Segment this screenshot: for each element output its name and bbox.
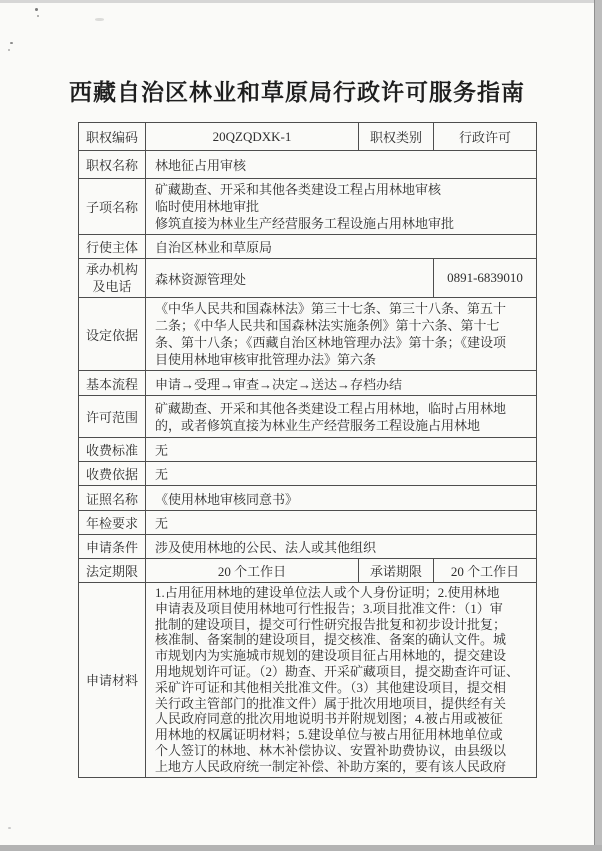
field-label-authority-name: 职权名称 <box>79 151 146 179</box>
field-value-permit-scope: 矿藏勘查、开采和其他各类建设工程占用林地，临时占用林地 的，或者修筑直接为林业生… <box>146 396 537 438</box>
field-label-legal-basis: 设定依据 <box>79 298 146 371</box>
scan-speck <box>95 18 104 21</box>
field-label-statutory-time-limit: 法定期限 <box>79 559 146 583</box>
field-label-sub-items: 子项名称 <box>79 179 146 235</box>
row-time-limits: 法定期限 20 个工作日 承诺期限 20 个工作日 <box>79 559 537 583</box>
field-label-annual-inspection: 年检要求 <box>79 511 146 535</box>
field-label-authority-code: 职权编码 <box>79 123 146 151</box>
row-annual-inspection: 年检要求 无 <box>79 511 537 535</box>
row-application-materials: 申请材料 1.占用征用林地的建设单位法人或个人身份证明；2.使用林地 申请表及项… <box>79 583 537 778</box>
field-value-sub-items: 矿藏勘查、开采和其他各类建设工程占用林地审核 临时使用林地审批 修筑直接为林业生… <box>146 179 537 235</box>
field-value-basic-process: 申请→受理→审查→决定→送达→存档办结 <box>146 371 537 396</box>
field-label-fee-basis: 收费依据 <box>79 462 146 486</box>
field-value-fee-standard: 无 <box>146 438 537 462</box>
field-value-certificate-name: 《使用林地审核同意书》 <box>146 486 537 511</box>
scan-edge-bottom <box>0 845 602 851</box>
field-value-promised-time-limit: 20 个工作日 <box>434 559 537 583</box>
row-basic-process: 基本流程 申请→受理→审查→决定→送达→存档办结 <box>79 371 537 396</box>
scan-speck <box>37 15 39 17</box>
row-application-conditions: 申请条件 涉及使用林地的公民、法人或其他组织 <box>79 535 537 559</box>
service-guide-table: 职权编码 20QZQDXK-1 职权类别 行政许可 职权名称 林地征占用审核 子… <box>78 122 537 778</box>
field-label-exercising-body: 行使主体 <box>79 235 146 259</box>
scan-speck <box>35 8 38 11</box>
row-exercising-body: 行使主体 自治区林业和草原局 <box>79 235 537 259</box>
scan-speck <box>8 827 11 829</box>
row-legal-basis: 设定依据 《中华人民共和国森林法》第三十七条、第三十八条、第五十 二条；《中华人… <box>79 298 537 371</box>
scan-edge-right <box>594 0 602 851</box>
field-label-authority-type: 职权类别 <box>359 123 434 151</box>
field-label-application-conditions: 申请条件 <box>79 535 146 559</box>
field-value-exercising-body: 自治区林业和草原局 <box>146 235 537 259</box>
field-value-fee-basis: 无 <box>146 462 537 486</box>
scan-edge-top <box>0 0 602 3</box>
field-label-permit-scope: 许可范围 <box>79 396 146 438</box>
row-authority-name: 职权名称 林地征占用审核 <box>79 151 537 179</box>
field-value-authority-code: 20QZQDXK-1 <box>146 123 359 151</box>
document-title: 西藏自治区林业和草原局行政许可服务指南 <box>0 74 594 107</box>
field-value-application-materials: 1.占用征用林地的建设单位法人或个人身份证明；2.使用林地 申请表及项目使用林地… <box>146 583 537 778</box>
row-fee-standard: 收费标准 无 <box>79 438 537 462</box>
scan-speck <box>10 42 13 44</box>
field-label-application-materials: 申请材料 <box>79 583 146 778</box>
field-value-authority-name: 林地征占用审核 <box>146 151 537 179</box>
row-certificate-name: 证照名称 《使用林地审核同意书》 <box>79 486 537 511</box>
field-value-application-conditions: 涉及使用林地的公民、法人或其他组织 <box>146 535 537 559</box>
row-handling-agency: 承办机构 及电话 森林资源管理处 0891-6839010 <box>79 259 537 298</box>
row-fee-basis: 收费依据 无 <box>79 462 537 486</box>
scan-speck <box>8 49 10 51</box>
scanned-document-page: 西藏自治区林业和草原局行政许可服务指南 职权编码 20QZQDXK-1 职权类别… <box>0 0 602 851</box>
row-sub-items: 子项名称 矿藏勘查、开采和其他各类建设工程占用林地审核 临时使用林地审批 修筑直… <box>79 179 537 235</box>
row-permit-scope: 许可范围 矿藏勘查、开采和其他各类建设工程占用林地，临时占用林地 的，或者修筑直… <box>79 396 537 438</box>
field-value-handling-agency: 森林资源管理处 <box>146 259 434 298</box>
field-label-basic-process: 基本流程 <box>79 371 146 396</box>
field-value-legal-basis: 《中华人民共和国森林法》第三十七条、第三十八条、第五十 二条；《中华人民共和国森… <box>146 298 537 371</box>
field-value-statutory-time-limit: 20 个工作日 <box>146 559 359 583</box>
field-value-authority-type: 行政许可 <box>434 123 537 151</box>
field-label-promised-time-limit: 承诺期限 <box>359 559 434 583</box>
row-authority-code: 职权编码 20QZQDXK-1 职权类别 行政许可 <box>79 123 537 151</box>
field-label-handling-agency: 承办机构 及电话 <box>79 259 146 298</box>
field-value-annual-inspection: 无 <box>146 511 537 535</box>
field-label-certificate-name: 证照名称 <box>79 486 146 511</box>
field-label-fee-standard: 收费标准 <box>79 438 146 462</box>
field-value-agency-phone: 0891-6839010 <box>434 259 537 298</box>
